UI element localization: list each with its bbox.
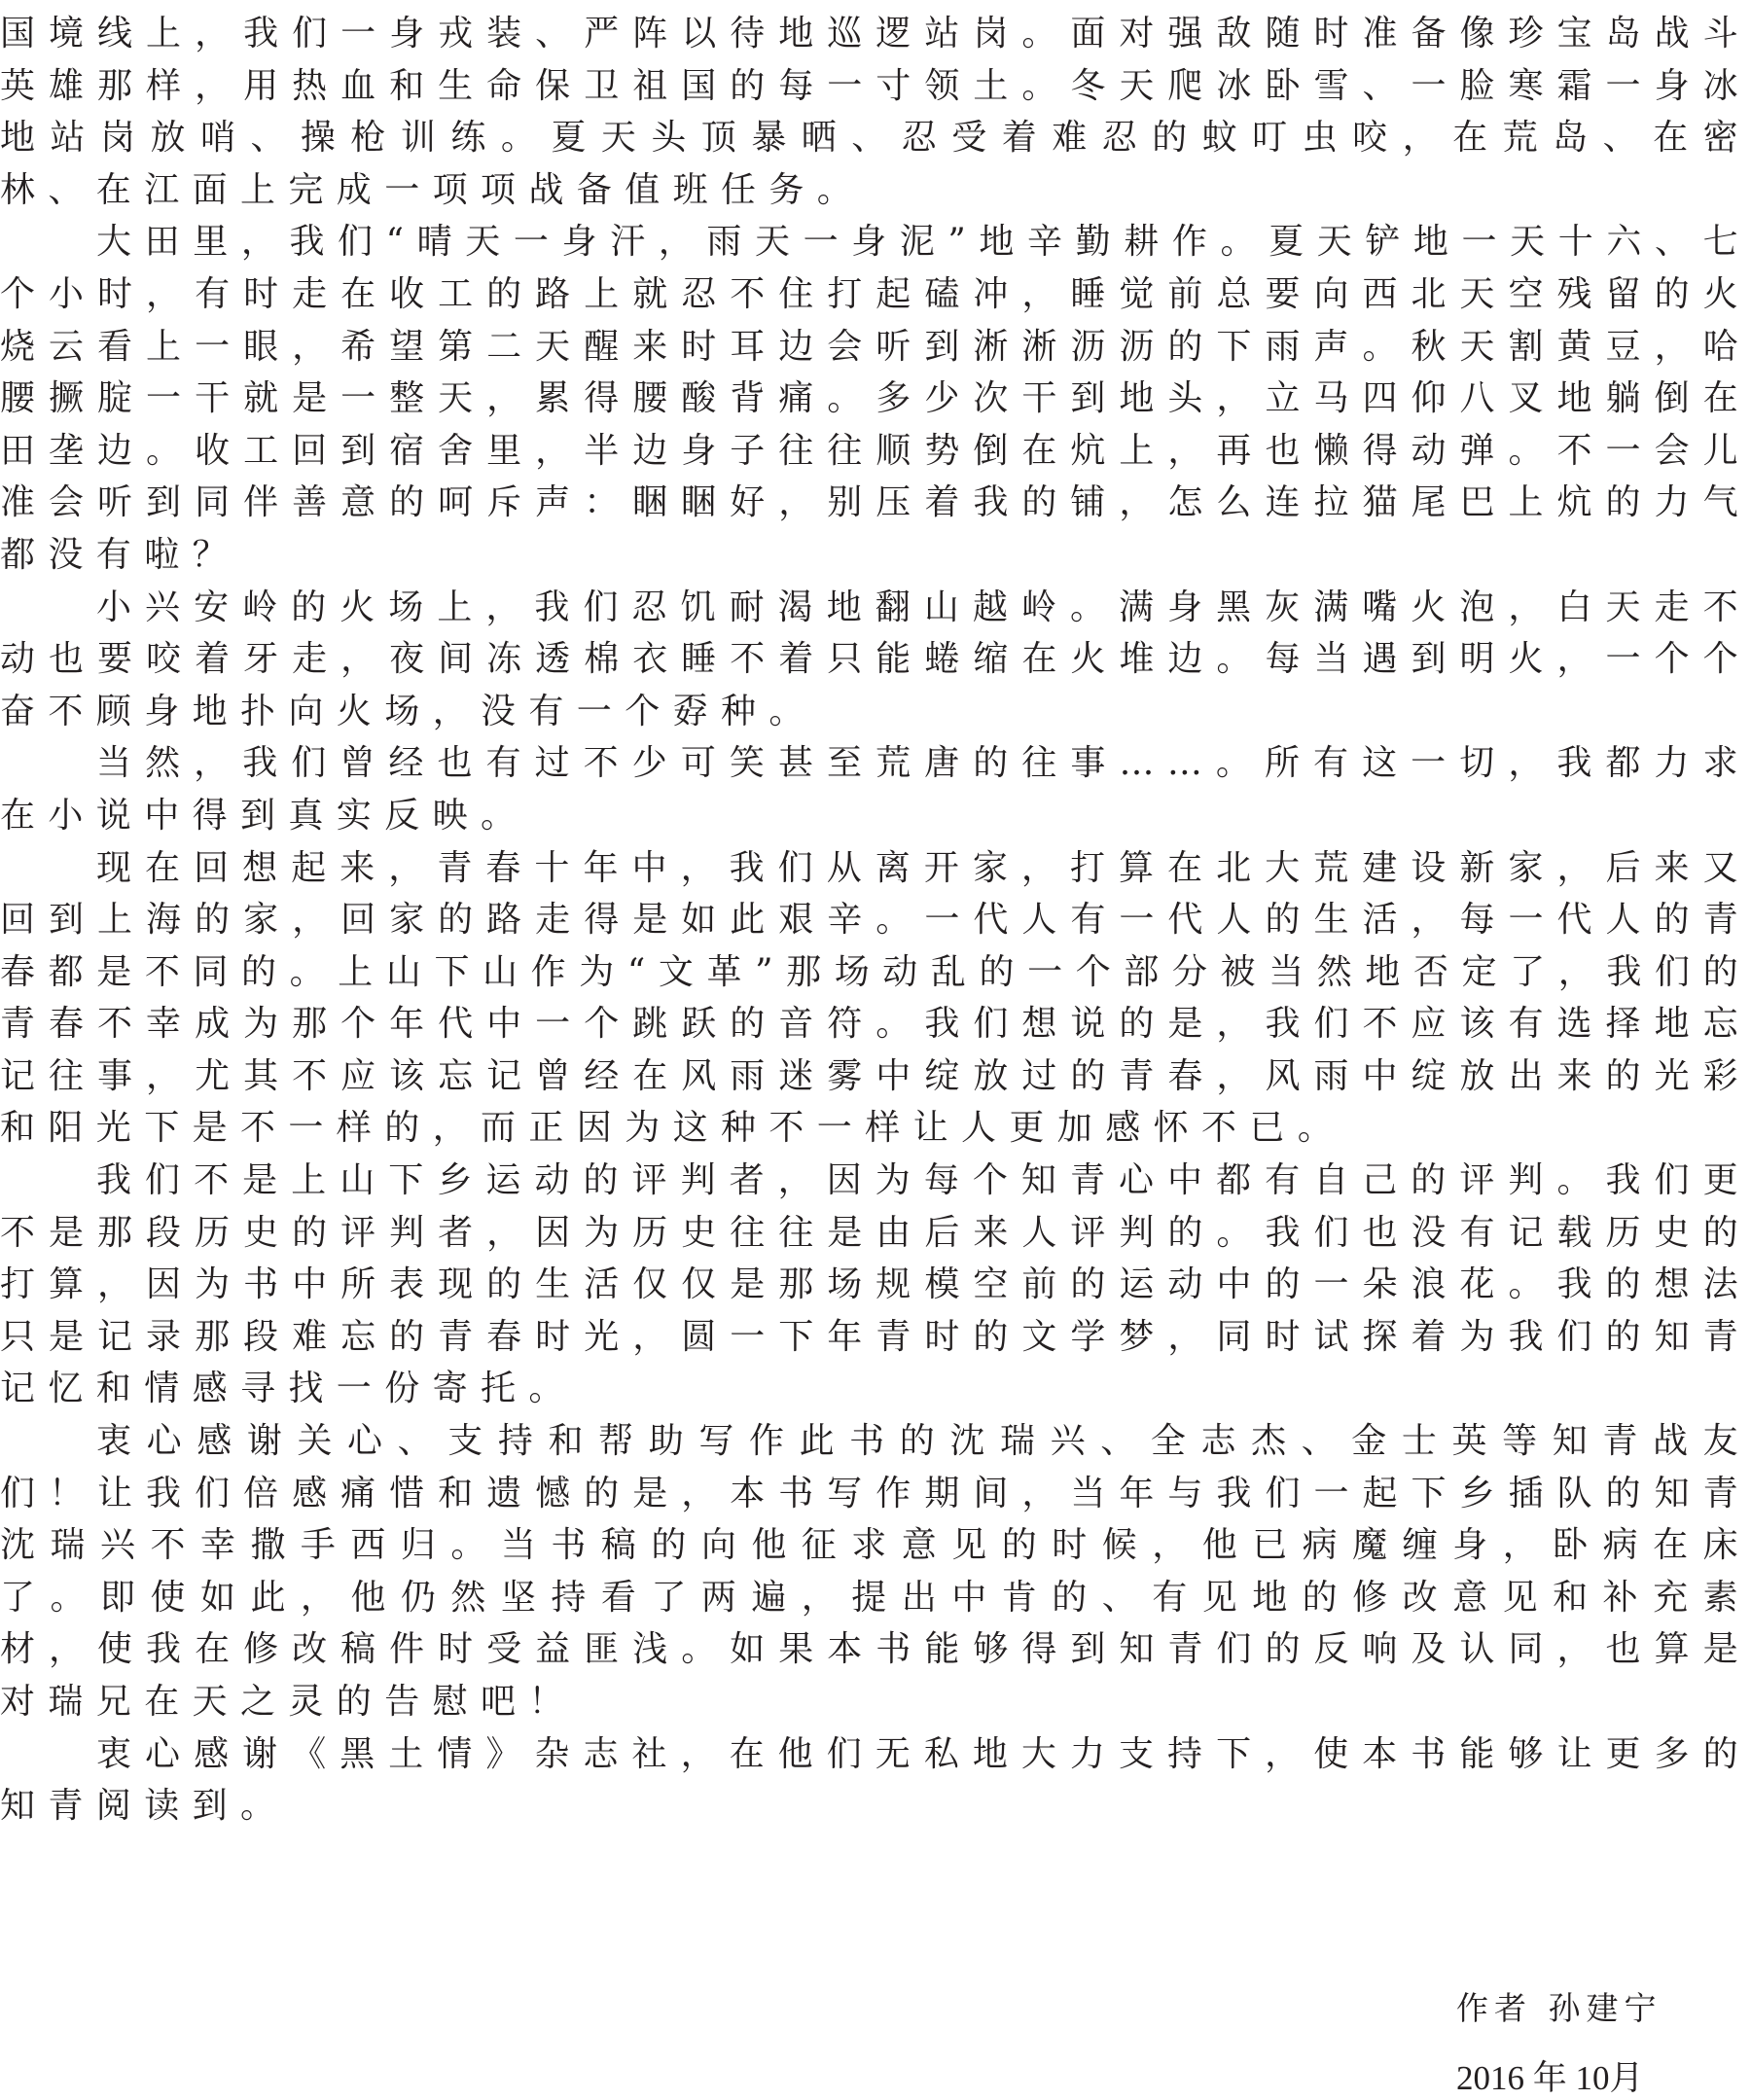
- preface-body: 国境线上，我们一身戎装、严阵以待地巡逻站岗。面对强敌随时准备像珍宝岛战斗英雄那样…: [0, 8, 1751, 1833]
- paragraph-absurd-past: 当然，我们曾经也有过不少可笑甚至荒唐的往事……。所有这一切，我都力求在小说中得到…: [0, 737, 1751, 841]
- signature-date: 2016 年 10月: [1456, 2059, 1644, 2098]
- paragraph-forest-fire: 小兴安岭的火场上，我们忍饥耐渴地翻山越岭。满身黑灰满嘴火泡，白天走不动也要咬着牙…: [0, 582, 1751, 738]
- paragraph-border-patrol: 国境线上，我们一身戎装、严阵以待地巡逻站岗。面对强敌随时准备像珍宝岛战斗英雄那样…: [0, 8, 1751, 216]
- author-signature: 作者 孙建宁: [1456, 1989, 1662, 2028]
- paragraph-not-judges: 我们不是上山下乡运动的评判者，因为每个知青心中都有自己的评判。我们更不是那段历史…: [0, 1155, 1751, 1415]
- paragraph-reflection: 现在回想起来，青春十年中，我们从离开家，打算在北大荒建设新家，后来又回到上海的家…: [0, 842, 1751, 1156]
- paragraph-farm-work: 大田里，我们“晴天一身汗，雨天一身泥”地辛勤耕作。夏天铲地一天十六、七个小时，有…: [0, 216, 1751, 581]
- paragraph-acknowledgement-magazine: 衷心感谢《黑土情》杂志社，在他们无私地大力支持下，使本书能够让更多的知青阅读到。: [0, 1728, 1751, 1833]
- paragraph-acknowledgement-friends: 衷心感谢关心、支持和帮助写作此书的沈瑞兴、全志杰、金士英等知青战友们！让我们倍感…: [0, 1415, 1751, 1728]
